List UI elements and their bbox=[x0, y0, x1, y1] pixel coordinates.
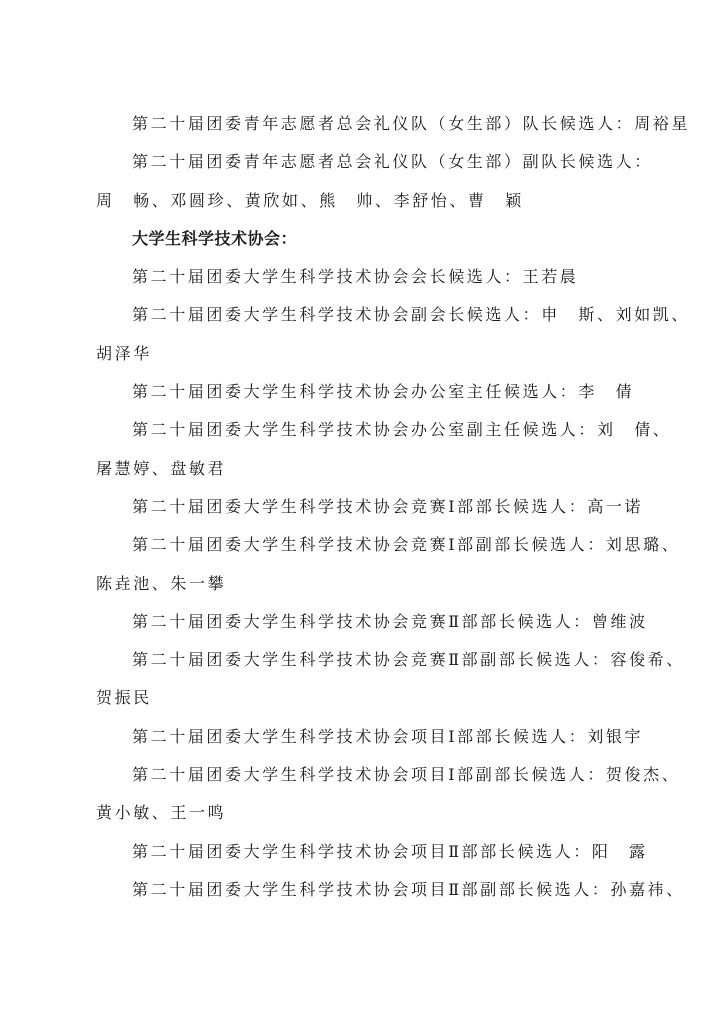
paragraph-line: 第二十届团委大学生科学技术协会竞赛Ⅱ部部长候选人：曾维波 bbox=[96, 603, 636, 641]
paragraph-line: 第二十届团委青年志愿者总会礼仪队（女生部）副队长候选人： bbox=[96, 143, 636, 181]
paragraph-line: 第二十届团委大学生科学技术协会竞赛Ⅰ部部长候选人：高一诺 bbox=[96, 488, 636, 526]
paragraph-line: 第二十届团委大学生科学技术协会竞赛Ⅱ部副部长候选人：容俊希、 bbox=[96, 641, 636, 679]
paragraph-line: 黄小敏、王一鸣 bbox=[96, 794, 636, 832]
paragraph-line: 第二十届团委青年志愿者总会礼仪队（女生部）队长候选人：周裕星 bbox=[96, 105, 636, 143]
paragraph-line: 第二十届团委大学生科学技术协会项目Ⅱ部副部长候选人：孙嘉祎、 bbox=[96, 871, 636, 909]
paragraph-line: 胡泽华 bbox=[96, 335, 636, 373]
document-page: 第二十届团委青年志愿者总会礼仪队（女生部）队长候选人：周裕星 第二十届团委青年志… bbox=[96, 105, 636, 909]
paragraph-line: 第二十届团委大学生科学技术协会项目Ⅰ部部长候选人：刘银宇 bbox=[96, 718, 636, 756]
paragraph-line: 第二十届团委大学生科学技术协会办公室副主任候选人：刘 倩、 bbox=[96, 411, 636, 449]
paragraph-line: 第二十届团委大学生科学技术协会项目Ⅰ部副部长候选人：贺俊杰、 bbox=[96, 756, 636, 794]
paragraph-line: 第二十届团委大学生科学技术协会会长候选人：王若晨 bbox=[96, 258, 636, 296]
paragraph-line: 陈垚池、朱一攀 bbox=[96, 565, 636, 603]
paragraph-line: 周 畅、邓圆珍、黄欣如、熊 帅、李舒怡、曹 颖 bbox=[96, 182, 636, 220]
paragraph-line: 贺振民 bbox=[96, 679, 636, 717]
paragraph-line: 第二十届团委大学生科学技术协会竞赛Ⅰ部副部长候选人：刘思璐、 bbox=[96, 526, 636, 564]
paragraph-line: 第二十届团委大学生科学技术协会办公室主任候选人：李 倩 bbox=[96, 373, 636, 411]
paragraph-line: 屠慧婷、盘敏君 bbox=[96, 450, 636, 488]
section-heading: 大学生科学技术协会： bbox=[96, 220, 636, 258]
paragraph-line: 第二十届团委大学生科学技术协会副会长候选人：申 斯、刘如凯、 bbox=[96, 296, 636, 334]
paragraph-line: 第二十届团委大学生科学技术协会项目Ⅱ部部长候选人：阳 露 bbox=[96, 833, 636, 871]
